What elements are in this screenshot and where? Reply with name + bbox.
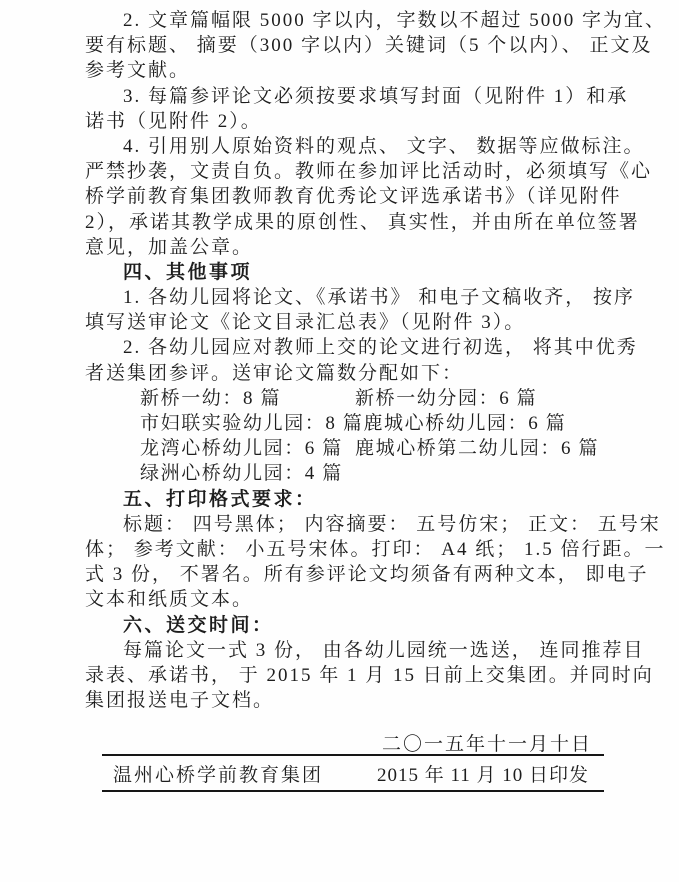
text-line: 录表、承诺书， 于 2015 年 1 月 15 日前上交集团。并同时向	[85, 663, 600, 688]
text-line: 1. 各幼儿园将论文、《承诺书》 和电子文稿收齐， 按序	[85, 285, 600, 310]
text-line: 标题： 四号黑体； 内容摘要： 五号仿宋； 正文： 五号宋	[85, 512, 600, 537]
text-line: 桥学前教育集团教师教育优秀论文评选承诺书》（详见附件	[85, 184, 600, 209]
allocation-row: 绿洲心桥幼儿园：4 篇	[85, 461, 600, 486]
text-line: 意见，加盖公章。	[85, 235, 600, 260]
text-line: 2. 各幼儿园应对教师上交的论文进行初选， 将其中优秀	[85, 335, 600, 360]
allocation-cell: 新桥一幼：8 篇	[140, 386, 355, 411]
section-heading: 六、送交时间：	[85, 613, 600, 638]
footer-rule-bottom	[102, 790, 604, 792]
allocation-row: 市妇联实验幼儿园：8 篇鹿城心桥幼儿园：6 篇	[85, 411, 600, 436]
text-line: 填写送审论文《论文目录汇总表》（见附件 3）。	[85, 310, 600, 335]
document-date: 二〇一五年十一月十日	[85, 735, 600, 755]
text-line: 诺书（见附件 2）。	[85, 109, 600, 134]
allocation-row: 新桥一幼：8 篇新桥一幼分园：6 篇	[85, 386, 600, 411]
text-line: 者送集团参评。送审论文篇数分配如下：	[85, 361, 600, 386]
allocation-cell: 龙湾心桥幼儿园：6 篇	[140, 436, 355, 461]
text-line: 式 3 份， 不署名。所有参评论文均须备有两种文本， 即电子	[85, 562, 600, 587]
allocation-cell: 市妇联实验幼儿园：8 篇	[140, 411, 363, 436]
document-page: 2. 文章篇幅限 5000 字以内，字数以不超过 5000 字为宜、要有标题、 …	[0, 0, 679, 882]
footer-issuer: 温州心桥学前教育集团	[102, 760, 323, 787]
footer-bar: 温州心桥学前教育集团 2015 年 11 月 10 日印发	[102, 756, 604, 790]
allocation-cell: 绿洲心桥幼儿园：4 篇	[140, 461, 355, 486]
text-line: 3. 每篇参评论文必须按要求填写封面（见附件 1）和承	[85, 84, 600, 109]
text-line: 2），承诺其教学成果的原创性、 真实性，并由所在单位签署	[85, 210, 600, 235]
text-line: 要有标题、 摘要（300 字以内）关键词（5 个以内）、 正文及	[85, 33, 600, 58]
document-body: 2. 文章篇幅限 5000 字以内，字数以不超过 5000 字为宜、要有标题、 …	[85, 8, 600, 755]
allocation-cell: 新桥一幼分园：6 篇	[355, 386, 537, 411]
text-line: 严禁抄袭，文责自负。教师在参加评比活动时，必须填写《心	[85, 159, 600, 184]
text-line: 2. 文章篇幅限 5000 字以内，字数以不超过 5000 字为宜、	[85, 8, 600, 33]
allocation-cell: 鹿城心桥幼儿园：6 篇	[363, 411, 566, 436]
text-line: 参考文献。	[85, 58, 600, 83]
section-heading: 四、其他事项	[85, 260, 600, 285]
text-line: 体； 参考文献： 小五号宋体。打印： A4 纸； 1.5 倍行距。一	[85, 537, 600, 562]
text-line: 4. 引用别人原始资料的观点、 文字、 数据等应做标注。	[85, 134, 600, 159]
text-line: 每篇论文一式 3 份， 由各幼儿园统一选送， 连同推荐目	[85, 638, 600, 663]
text-line: 文本和纸质文本。	[85, 587, 600, 612]
footer-print-date: 2015 年 11 月 10 日印发	[377, 760, 589, 787]
allocation-row: 龙湾心桥幼儿园：6 篇鹿城心桥第二幼儿园：6 篇	[85, 436, 600, 461]
allocation-cell: 鹿城心桥第二幼儿园：6 篇	[355, 436, 599, 461]
section-heading: 五、打印格式要求：	[85, 487, 600, 512]
text-line: 集团报送电子文档。	[85, 688, 600, 713]
